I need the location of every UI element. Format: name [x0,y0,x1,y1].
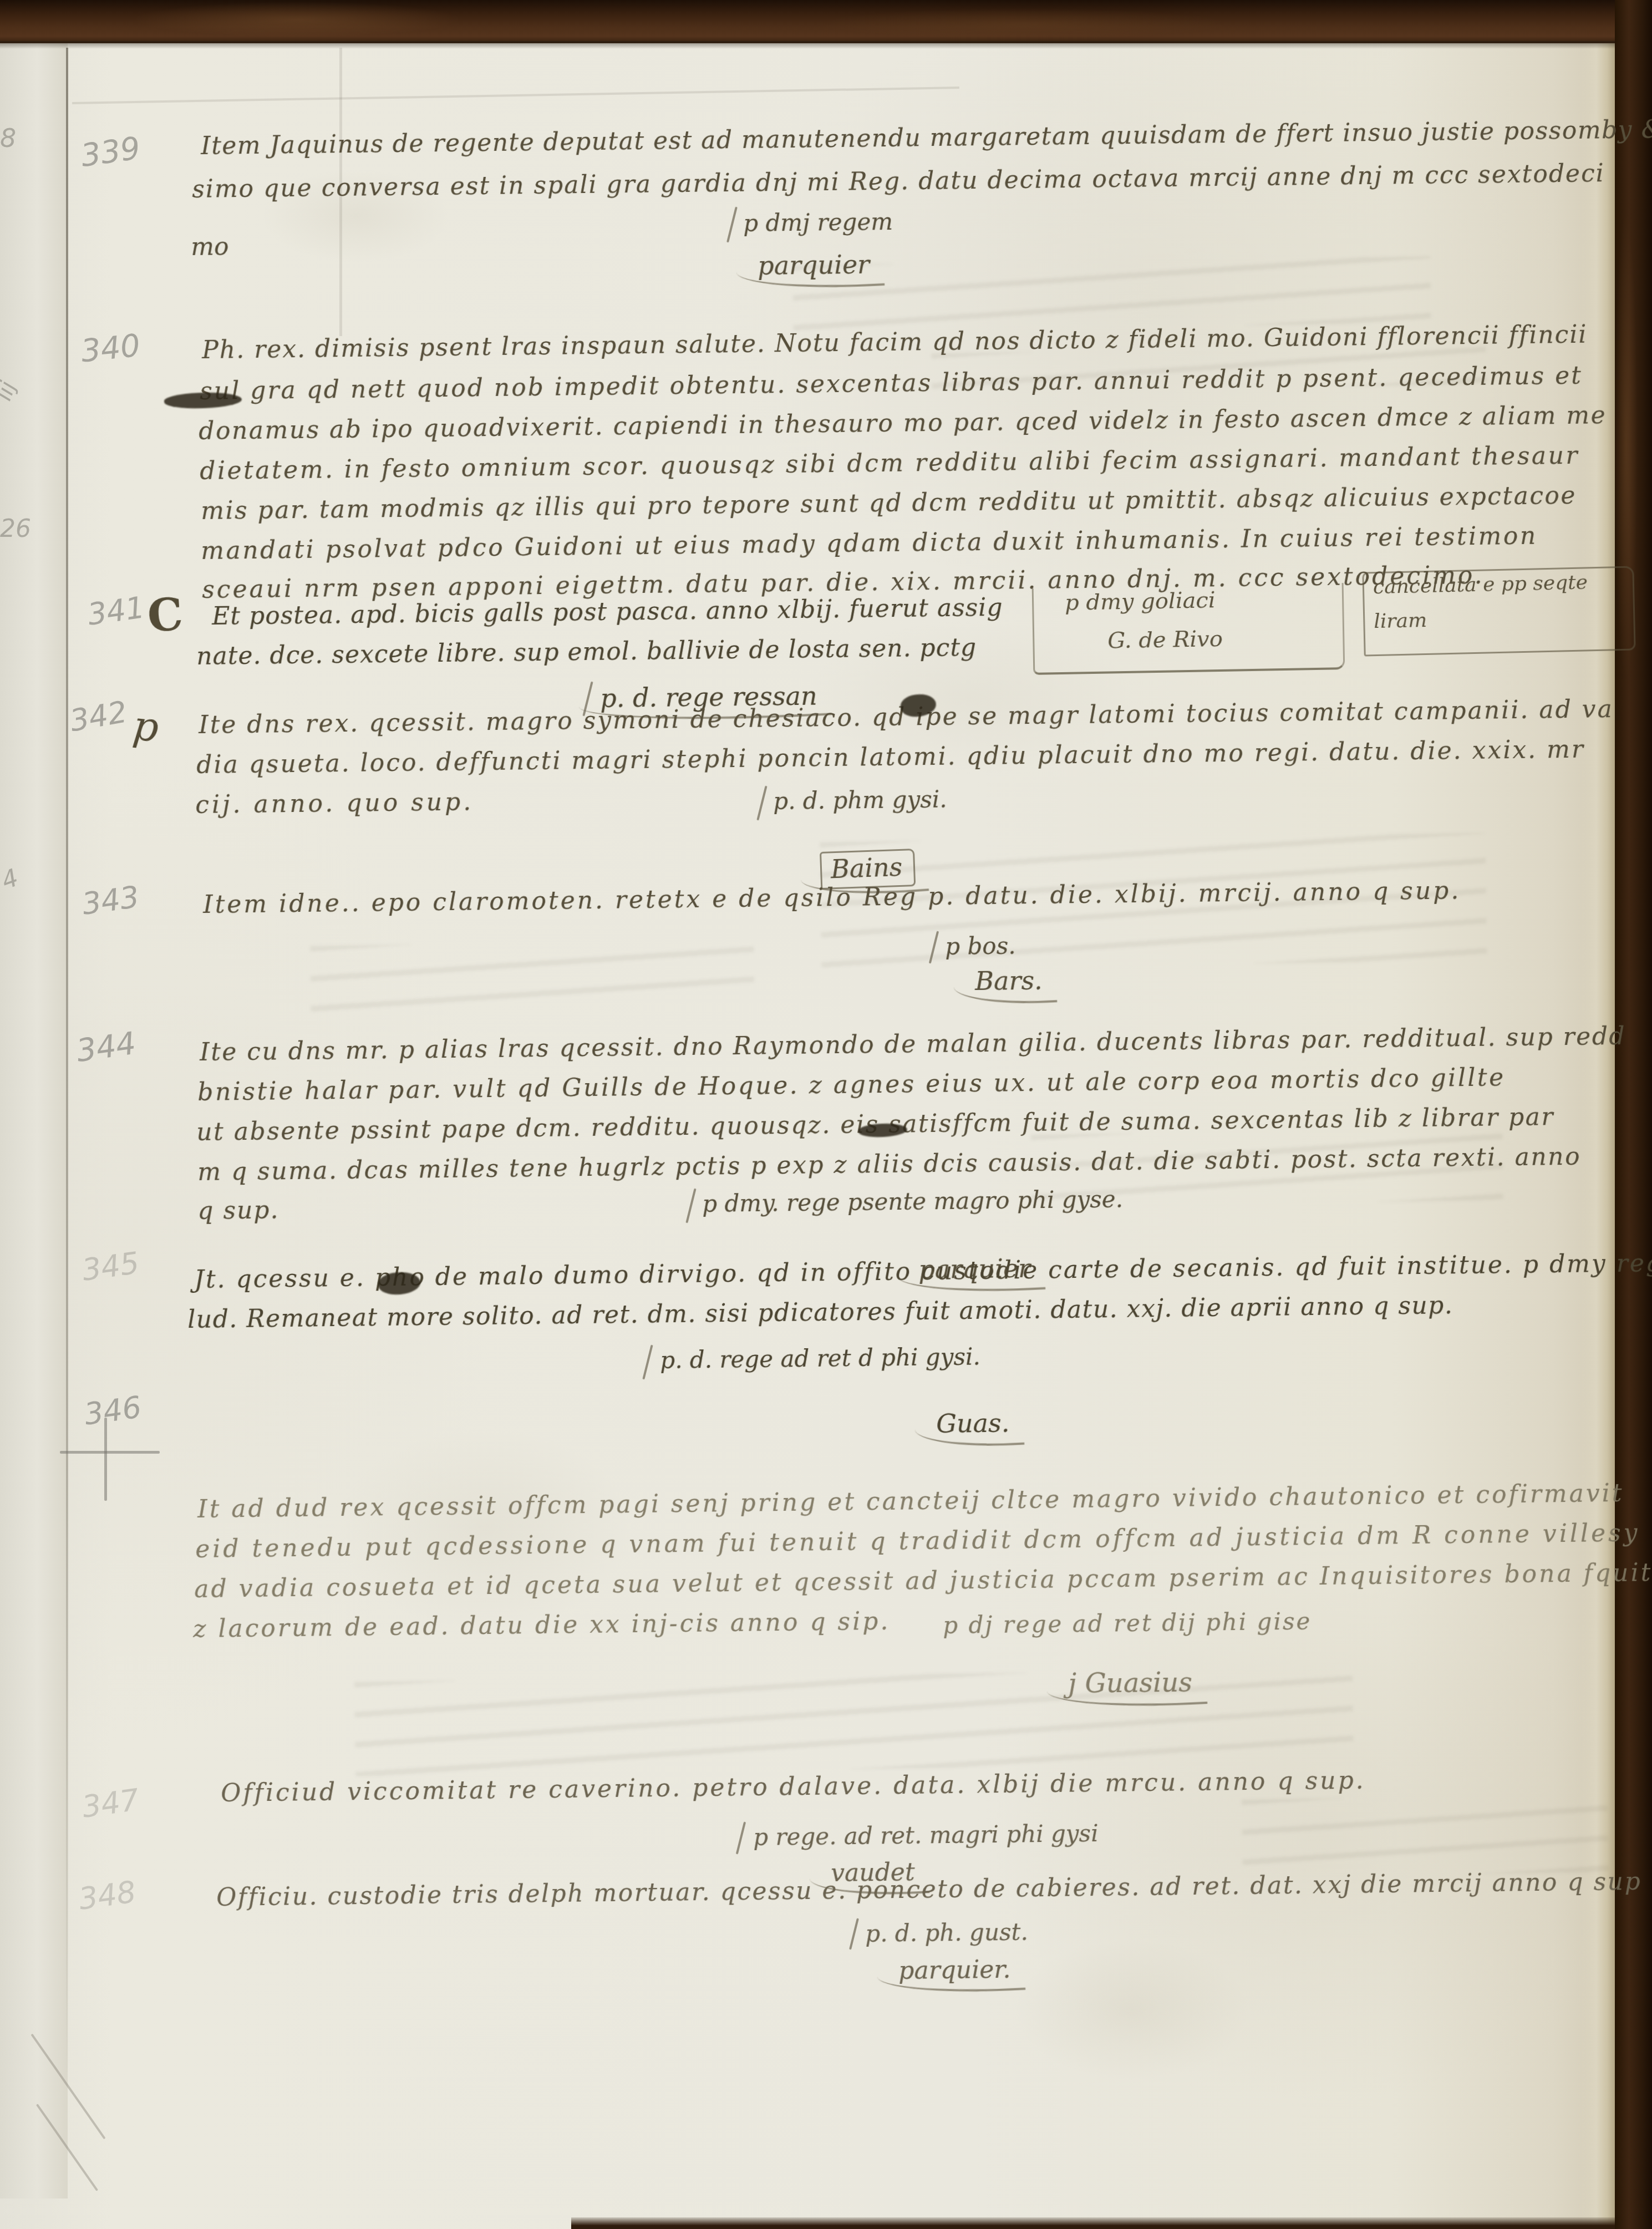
entry-342-line: cij. anno. quo sup. [195,788,474,819]
per-note-345: p. d. rege ad ret d phi gysi. [660,1343,980,1374]
pencil-cross [104,1418,107,1501]
per-note-347: p rege. ad ret. magri phi gysi [753,1820,1099,1851]
edge-mark: 8 [0,123,16,153]
entry-344-line: q sup. [197,1196,279,1225]
entry-339-line: mo [191,232,229,261]
cancellation-note-box-341: cancellata e pp seqte liram [1362,566,1635,656]
chancery-note-line: p dmy goliaci [1065,587,1216,616]
signature-348-parquier: parquier. [898,1956,1011,1985]
chancery-note-box-341: p dmy goliaci G. de Rivo [1032,583,1345,675]
signature-343-bars: Bars. [975,966,1043,996]
margin-number-340: 340 [79,328,142,370]
page-left-edge [0,41,68,2198]
binding-shadow-top [0,41,1617,49]
bleed-through [310,940,755,1012]
per-note-348: p. d. ph. gust. [865,1918,1028,1947]
per-note-343: p bos. [945,932,1016,960]
paragraph-mark-341: C [146,588,185,642]
margin-ink-mark-342: p [131,702,161,751]
per-note-342: p. d. phm gysi. [773,785,947,815]
cancellation-note-line: liram [1374,609,1427,633]
per-note-344: p dmy. rege psente magro phi gyse. [702,1185,1123,1217]
chancery-note-line: G. de Rivo [1107,626,1223,654]
leather-binding-top [0,0,1652,43]
per-note-346: p dj rege ad ret dij phi gise [943,1607,1312,1639]
pencil-cross [60,1451,160,1454]
bleed-through [1242,1794,1609,1877]
edge-mark: 26 [0,515,31,543]
manuscript-scan: 8 iij 26 4 339 Item Jaquinus de regente … [0,0,1652,2229]
bleed-through [792,256,1431,332]
gutter-fold [1582,41,1617,2229]
folio-edge-line [66,48,68,2078]
signature-339-parquier: parquier [758,250,870,281]
per-note-339: p dmj regem [743,208,893,237]
cancellation-note-line: cancellata e pp seqte [1373,571,1588,598]
signature-346-guasius: j Guasius [1068,1667,1192,1699]
signature-345-guas: Guas. [936,1408,1010,1439]
board-edge-bottom [571,2217,1615,2229]
